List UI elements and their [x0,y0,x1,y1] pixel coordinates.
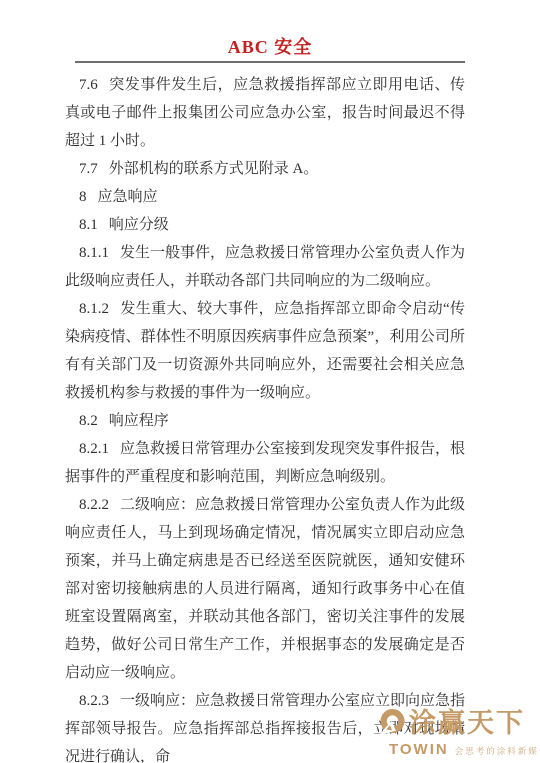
paragraph-text: 发生一般事件，应急救援日常管理办公室负责人作为此级响应责任人，并联动各部门共同响… [65,245,465,289]
brand-latin: TOWIN [389,741,449,758]
document-body: 7.6突发事件发生后，应急救援指挥部应立即用电话、传真或电子邮件上报集团公司应急… [65,71,465,763]
towin-watermark: 涂赢天下 TOWIN 会思考的涂料新媒体 [379,708,537,758]
document-page: ABC 安全 7.6突发事件发生后，应急救援指挥部应立即用电话、传真或电子邮件上… [0,0,540,763]
paragraph: 7.6突发事件发生后，应急救援指挥部应立即用电话、传真或电子邮件上报集团公司应急… [65,71,465,155]
paragraph-number: 8.1 [79,217,98,233]
paragraph: 8.1.1发生一般事件，应急救援日常管理办公室负责人作为此级响应责任人，并联动各… [65,239,465,295]
paragraph-number: 8.1.1 [79,245,109,261]
paragraph: 8应急响应 [65,183,465,211]
brand-name: 涂赢天下 [409,709,525,739]
paragraph-number: 8.2.1 [79,441,109,457]
paragraph: 8.2.2二级响应：应急救援日常管理办公室负责人作为此级响应责任人，马上到现场确… [65,491,465,687]
paragraph-number: 8.2.3 [79,693,109,709]
paragraph-text: 应急救援日常管理办公室接到发现突发事件报告，根据事件的严重程度和影响范围，判断应… [65,441,465,485]
paragraph: 8.2响应程序 [65,407,465,435]
paragraph-number: 7.7 [79,161,98,177]
page-title: ABC 安全 [0,33,540,59]
paragraph-number: 8 [79,189,87,205]
paragraph-number: 8.2.2 [79,497,109,513]
title-divider [75,61,465,63]
paragraph-text: 外部机构的联系方式见附录 A。 [109,161,319,177]
paragraph-number: 8.1.2 [79,301,109,317]
paragraph: 8.2.1应急救援日常管理办公室接到发现突发事件报告，根据事件的严重程度和影响范… [65,435,465,491]
towin-logo-icon [379,708,406,740]
paragraph-text: 响应程序 [109,413,169,429]
paragraph-number: 7.6 [79,77,98,93]
paragraph-text: 响应分级 [109,217,169,233]
brand-tagline: 会思考的涂料新媒体 [455,745,540,757]
paragraph-number: 8.2 [79,413,98,429]
paragraph-text: 发生重大、较大事件，应急指挥部立即命令启动“传染病疫情、群体性不明原因疾病事件应… [65,301,465,401]
paragraph-text: 二级响应：应急救援日常管理办公室负责人作为此级响应责任人，马上到现场确定情况，情… [65,497,465,681]
paragraph-text: 突发事件发生后，应急救援指挥部应立即用电话、传真或电子邮件上报集团公司应急办公室… [65,77,465,149]
paragraph: 7.7外部机构的联系方式见附录 A。 [65,155,465,183]
paragraph-text: 应急响应 [98,189,158,205]
paragraph: 8.1.2发生重大、较大事件，应急指挥部立即命令启动“传染病疫情、群体性不明原因… [65,295,465,407]
paragraph: 8.1响应分级 [65,211,465,239]
